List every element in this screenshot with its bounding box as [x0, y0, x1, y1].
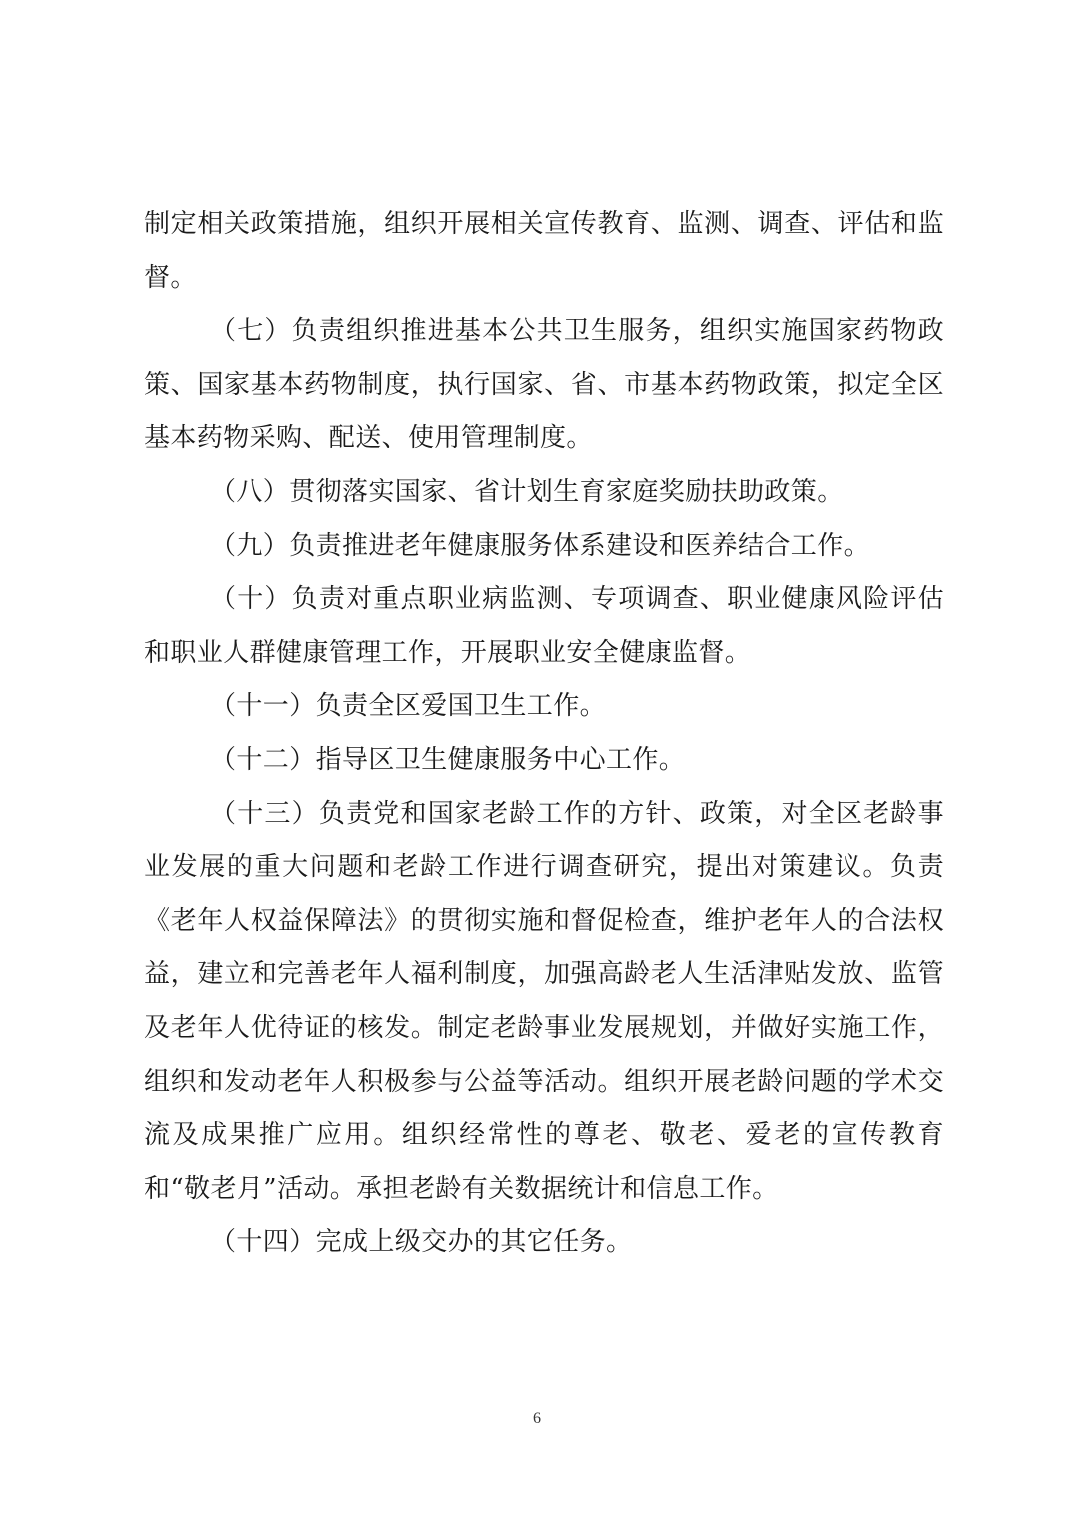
- paragraph-item-12: （十二）指导区卫生健康服务中心工作。: [144, 734, 944, 788]
- paragraph-item-11: （十一）负责全区爱国卫生工作。: [144, 680, 944, 734]
- paragraph-item-13: （十三）负责党和国家老龄工作的方针、政策，对全区老龄事业发展的重大问题和老龄工作…: [144, 788, 944, 1217]
- page-number: 6: [0, 1410, 1074, 1428]
- document-body: 制定相关政策措施，组织开展相关宣传教育、监测、调查、评估和监督。 （七）负责组织…: [144, 198, 944, 1270]
- paragraph-item-9: （九）负责推进老年健康服务体系建设和医养结合工作。: [144, 520, 944, 574]
- paragraph-item-10: （十）负责对重点职业病监测、专项调查、职业健康风险评估和职业人群健康管理工作，开…: [144, 573, 944, 680]
- paragraph-item-7: （七）负责组织推进基本公共卫生服务，组织实施国家药物政策、国家基本药物制度，执行…: [144, 305, 944, 466]
- document-page: 制定相关政策措施，组织开展相关宣传教育、监测、调查、评估和监督。 （七）负责组织…: [0, 0, 1074, 1520]
- paragraph-continuation: 制定相关政策措施，组织开展相关宣传教育、监测、调查、评估和监督。: [144, 198, 944, 305]
- paragraph-item-14: （十四）完成上级交办的其它任务。: [144, 1216, 944, 1270]
- paragraph-item-8: （八）贯彻落实国家、省计划生育家庭奖励扶助政策。: [144, 466, 944, 520]
